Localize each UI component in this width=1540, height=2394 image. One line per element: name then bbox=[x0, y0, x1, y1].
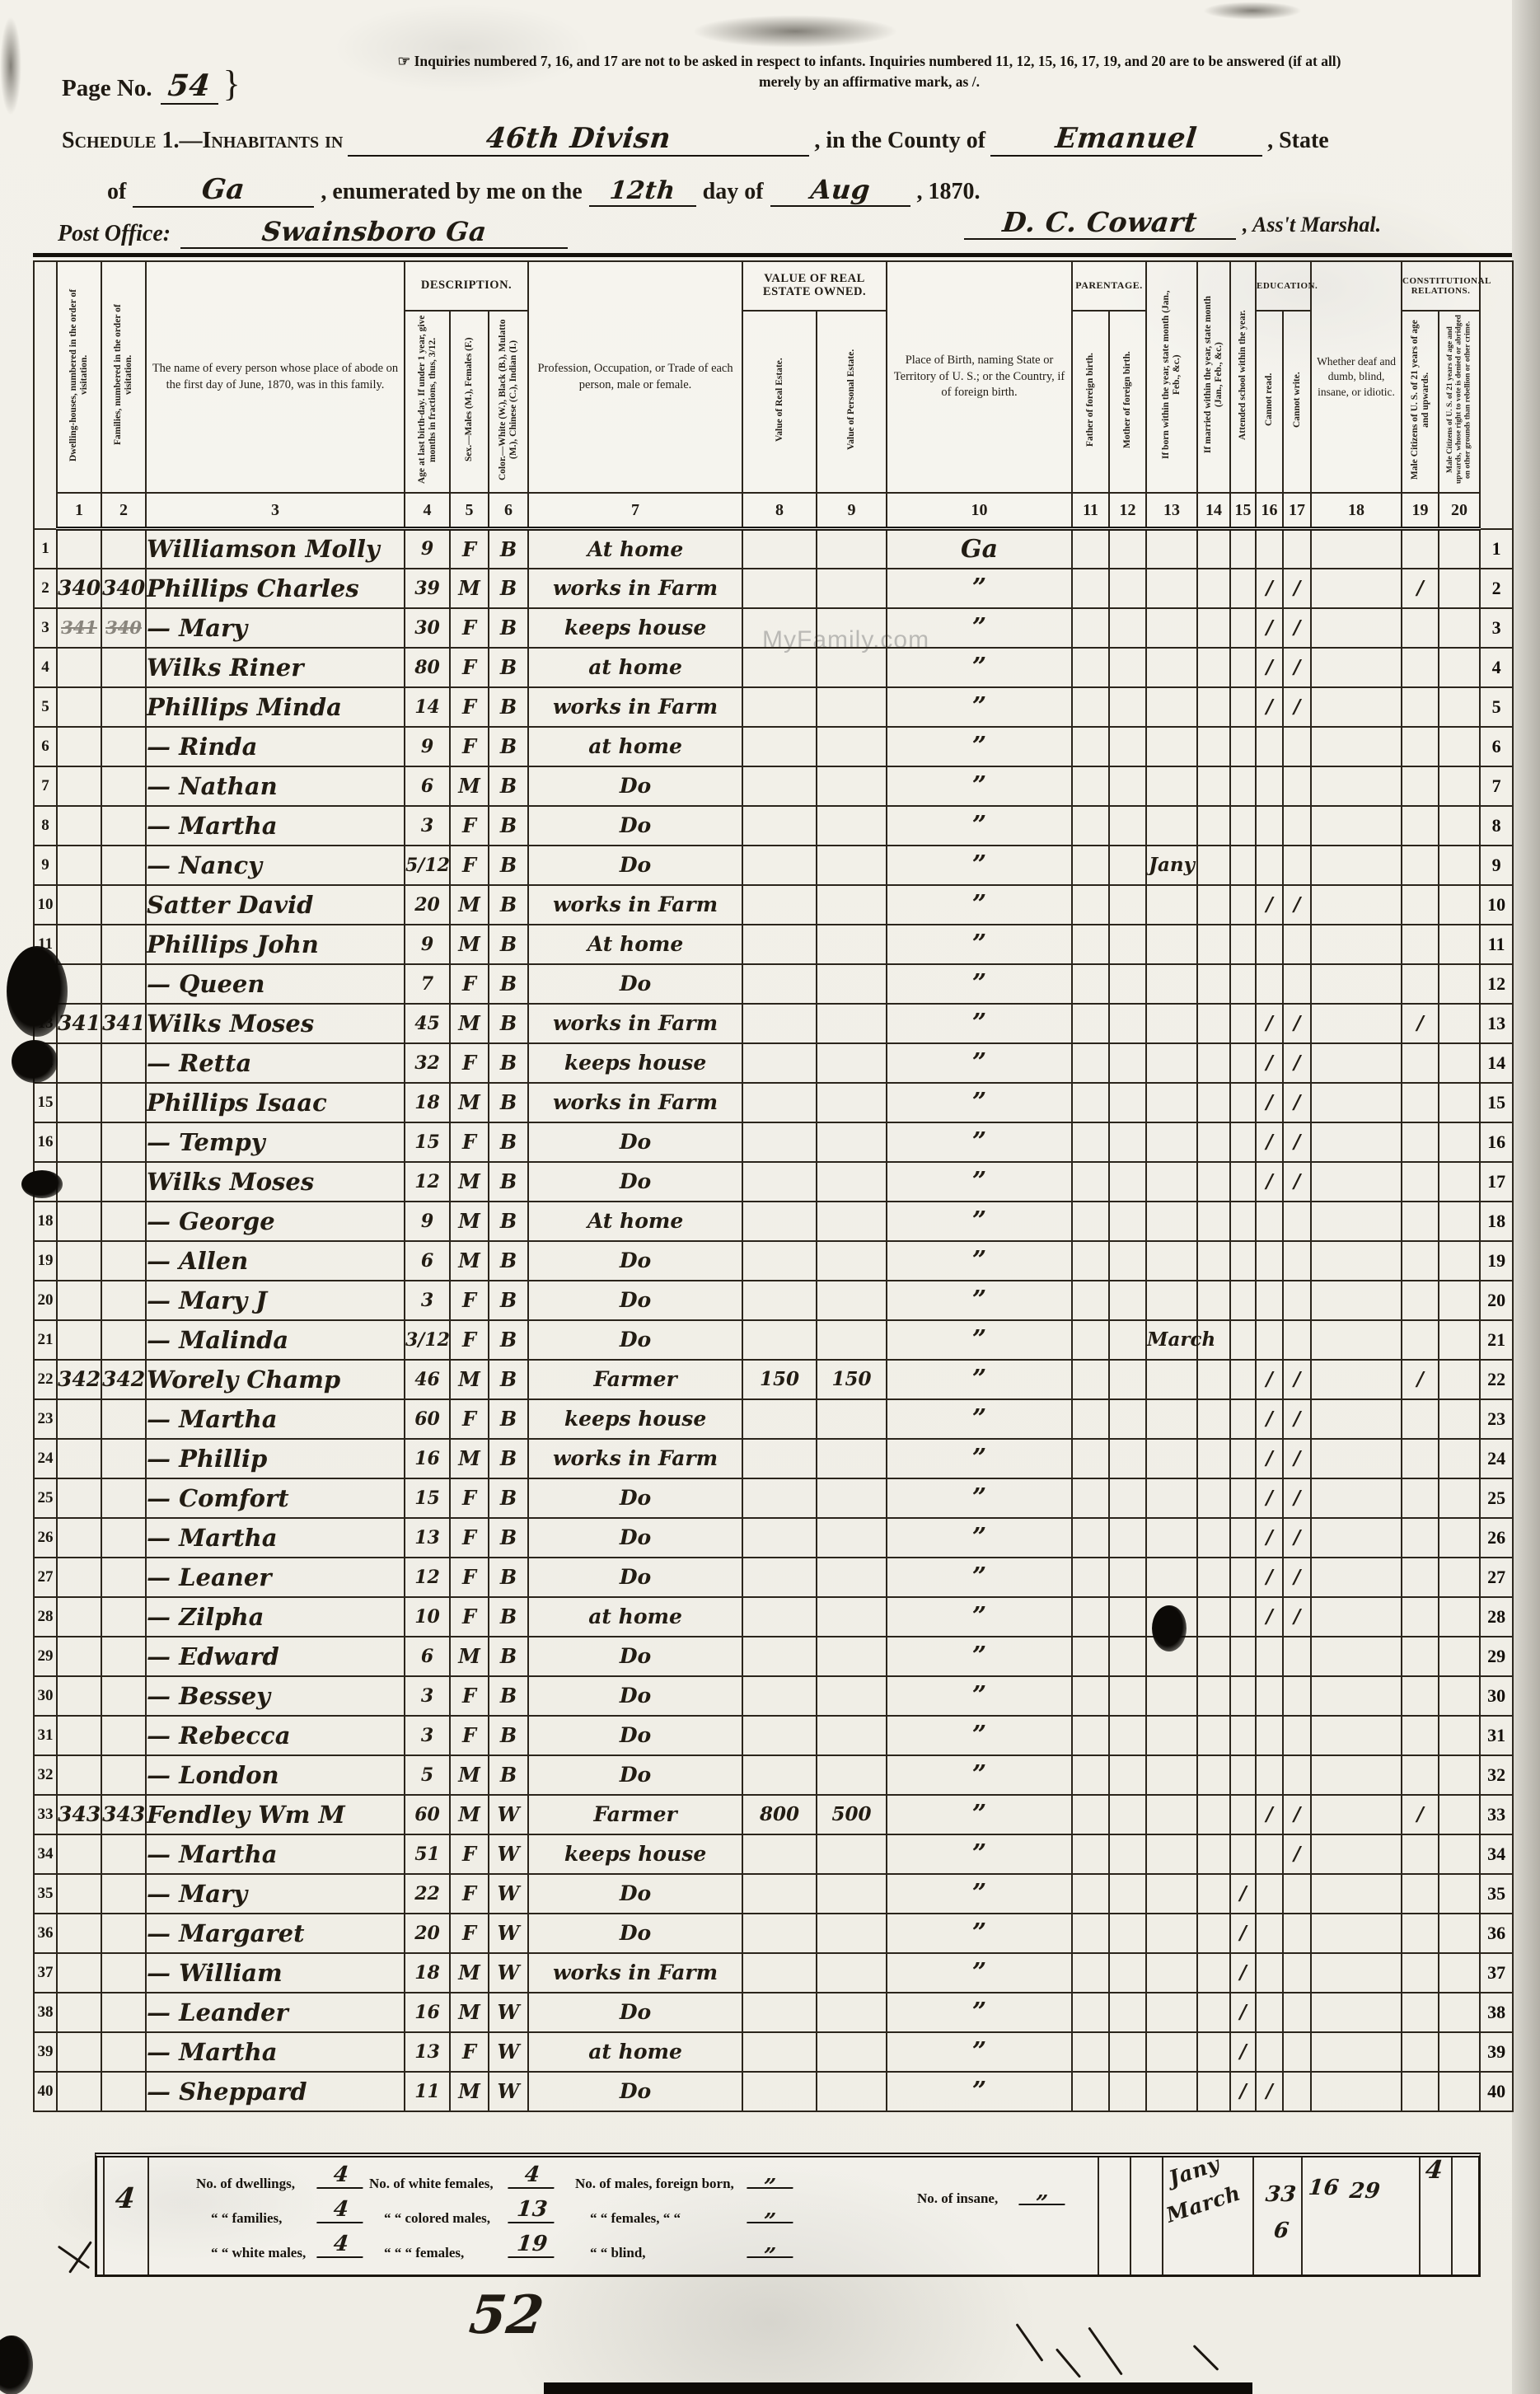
row-11-occ: At home bbox=[528, 925, 742, 964]
row-23-c14 bbox=[1197, 1399, 1230, 1439]
row-40-c18 bbox=[1311, 2072, 1402, 2111]
row-13-pers bbox=[817, 1004, 887, 1043]
row-35-occ: Do bbox=[528, 1874, 742, 1914]
row-6-c11 bbox=[1072, 727, 1109, 766]
row-31-c20 bbox=[1439, 1716, 1480, 1755]
row-21-c11 bbox=[1072, 1320, 1109, 1360]
row-1-c15 bbox=[1230, 529, 1256, 569]
row-19-pob: ” bbox=[887, 1241, 1072, 1281]
marshal-name: D. C. Cowart bbox=[1001, 206, 1199, 238]
row-23-occ: keeps house bbox=[528, 1399, 742, 1439]
of-label: of bbox=[107, 179, 126, 205]
row-24-name: — Phillip bbox=[146, 1439, 405, 1478]
row-20-c11 bbox=[1072, 1281, 1109, 1320]
row-36-age: 20 bbox=[405, 1914, 450, 1953]
row-3-age: 30 bbox=[405, 608, 450, 648]
row-37-c20 bbox=[1439, 1953, 1480, 1993]
row-20-pers bbox=[817, 1281, 887, 1320]
row-35-lnr: 35 bbox=[1480, 1874, 1513, 1914]
schedule-line: Schedule 1.—Inhabitants in 46th Divisn ,… bbox=[62, 122, 1329, 157]
row-6-real bbox=[742, 727, 817, 766]
summary-divider bbox=[1098, 2157, 1099, 2275]
row-12-c18 bbox=[1311, 964, 1402, 1004]
row-29-c20 bbox=[1439, 1637, 1480, 1676]
row-37-fam bbox=[101, 1953, 146, 1993]
row-1-occ: At home bbox=[528, 529, 742, 569]
row-31-fam bbox=[101, 1716, 146, 1755]
row-18-lnl: 18 bbox=[34, 1202, 57, 1241]
row-26-real bbox=[742, 1518, 817, 1558]
row-12-c12 bbox=[1109, 964, 1146, 1004]
row-30-c14 bbox=[1197, 1676, 1230, 1716]
row-10-c12 bbox=[1109, 885, 1146, 925]
row-11-col: B bbox=[489, 925, 528, 964]
row-24-lnr: 24 bbox=[1480, 1439, 1513, 1478]
row-5-pers bbox=[817, 687, 887, 727]
row-39-real bbox=[742, 2032, 817, 2072]
row-10-pers bbox=[817, 885, 887, 925]
row-39-sex: F bbox=[450, 2032, 489, 2072]
row-23-c12 bbox=[1109, 1399, 1146, 1439]
row-25-real bbox=[742, 1478, 817, 1518]
row-18-c11 bbox=[1072, 1202, 1109, 1241]
row-4-age: 80 bbox=[405, 648, 450, 687]
row-33-c14 bbox=[1197, 1795, 1230, 1834]
row-31-sex: F bbox=[450, 1716, 489, 1755]
row-12-sex: F bbox=[450, 964, 489, 1004]
row-21-fam bbox=[101, 1320, 146, 1360]
row-8-c14 bbox=[1197, 806, 1230, 846]
row-35-c12 bbox=[1109, 1874, 1146, 1914]
row-28-c19 bbox=[1402, 1597, 1439, 1637]
row-18-dw bbox=[57, 1202, 101, 1241]
row-20-c12 bbox=[1109, 1281, 1146, 1320]
marshal-label: , Ass't Marshal. bbox=[1243, 213, 1381, 237]
row-19-c11 bbox=[1072, 1241, 1109, 1281]
row-19-dw bbox=[57, 1241, 101, 1281]
row-12-c14 bbox=[1197, 964, 1230, 1004]
row-26-c15 bbox=[1230, 1518, 1256, 1558]
row-33-c11 bbox=[1072, 1795, 1109, 1834]
row-21-pers bbox=[817, 1320, 887, 1360]
row-10-real bbox=[742, 885, 817, 925]
row-31-pob: ” bbox=[887, 1716, 1072, 1755]
col4-header: Age at last birth-day. If under 1 year, … bbox=[405, 311, 450, 493]
row-38-pers bbox=[817, 1993, 887, 2032]
row-35-pob: ” bbox=[887, 1874, 1072, 1914]
row-12-c17 bbox=[1283, 964, 1311, 1004]
row-18-name: — George bbox=[146, 1202, 405, 1241]
summary-divider bbox=[1301, 2157, 1303, 2275]
col16-header: Cannot read. bbox=[1256, 311, 1283, 493]
row-8-occ: Do bbox=[528, 806, 742, 846]
row-3-c20 bbox=[1439, 608, 1480, 648]
sum-colored-males-label: “ “ colored males, bbox=[384, 2210, 490, 2227]
row-1-col: B bbox=[489, 529, 528, 569]
col2-header: Families, numbered in the order of visit… bbox=[101, 261, 146, 493]
summary-divider bbox=[1451, 2157, 1453, 2275]
row-7-c18 bbox=[1311, 766, 1402, 806]
row-27-c14 bbox=[1197, 1558, 1230, 1597]
row-29-fam bbox=[101, 1637, 146, 1676]
education-group-header: EDUCATION. bbox=[1256, 261, 1311, 311]
month-value: Aug bbox=[809, 174, 872, 205]
row-36-col: W bbox=[489, 1914, 528, 1953]
row-33-c12 bbox=[1109, 1795, 1146, 1834]
row-7-c20 bbox=[1439, 766, 1480, 806]
row-6-c17 bbox=[1283, 727, 1311, 766]
row-22-pob: ” bbox=[887, 1360, 1072, 1399]
summary-divider bbox=[1252, 2157, 1254, 2275]
col17-header: Cannot write. bbox=[1283, 311, 1311, 493]
row-33-pob: ” bbox=[887, 1795, 1072, 1834]
row-10-lnl: 10 bbox=[34, 885, 57, 925]
row-3-real bbox=[742, 608, 817, 648]
row-31-c13 bbox=[1146, 1716, 1197, 1755]
row-36-c13 bbox=[1146, 1914, 1197, 1953]
table-row: 2 340 340 Phillips Charles 39 M B works … bbox=[34, 569, 1513, 608]
row-14-c20 bbox=[1439, 1043, 1480, 1083]
row-7-lnr: 7 bbox=[1480, 766, 1513, 806]
row-4-occ: at home bbox=[528, 648, 742, 687]
row-12-c20 bbox=[1439, 964, 1480, 1004]
row-8-c19 bbox=[1402, 806, 1439, 846]
row-23-c19 bbox=[1402, 1399, 1439, 1439]
row-22-name: Worely Champ bbox=[146, 1360, 405, 1399]
row-9-c14 bbox=[1197, 846, 1230, 885]
row-13-name: Wilks Moses bbox=[146, 1004, 405, 1043]
row-34-c15 bbox=[1230, 1834, 1256, 1874]
row-21-col: B bbox=[489, 1320, 528, 1360]
row-15-age: 18 bbox=[405, 1083, 450, 1122]
row-23-c15 bbox=[1230, 1399, 1256, 1439]
row-2-pob: ” bbox=[887, 569, 1072, 608]
summary-divider bbox=[1162, 2157, 1163, 2275]
table-row: 6 — Rinda 9 F B at home ” 6 bbox=[34, 727, 1513, 766]
row-24-lnl: 24 bbox=[34, 1439, 57, 1478]
row-33-name: Fendley Wm M bbox=[146, 1795, 405, 1834]
row-27-fam bbox=[101, 1558, 146, 1597]
row-6-pers bbox=[817, 727, 887, 766]
row-4-pob: ” bbox=[887, 648, 1072, 687]
row-15-c11 bbox=[1072, 1083, 1109, 1122]
row-4-c18 bbox=[1311, 648, 1402, 687]
row-34-c13 bbox=[1146, 1834, 1197, 1874]
row-18-c12 bbox=[1109, 1202, 1146, 1241]
sum-foreign-females-label: “ “ females, “ “ bbox=[590, 2210, 681, 2227]
row-37-c17 bbox=[1283, 1953, 1311, 1993]
row-24-pers bbox=[817, 1439, 887, 1478]
row-38-age: 16 bbox=[405, 1993, 450, 2032]
row-40-occ: Do bbox=[528, 2072, 742, 2111]
row-29-pob: ” bbox=[887, 1637, 1072, 1676]
row-40-real bbox=[742, 2072, 817, 2111]
row-40-c19 bbox=[1402, 2072, 1439, 2111]
row-16-pob: ” bbox=[887, 1122, 1072, 1162]
row-8-lnl: 8 bbox=[34, 806, 57, 846]
sum-hw-29: 29 bbox=[1348, 2179, 1381, 2204]
row-30-c16 bbox=[1256, 1676, 1283, 1716]
row-9-name: — Nancy bbox=[146, 846, 405, 885]
row-25-occ: Do bbox=[528, 1478, 742, 1518]
row-34-dw bbox=[57, 1834, 101, 1874]
row-8-sex: F bbox=[450, 806, 489, 846]
row-34-lnr: 34 bbox=[1480, 1834, 1513, 1874]
row-37-name: — William bbox=[146, 1953, 405, 1993]
row-36-c18 bbox=[1311, 1914, 1402, 1953]
row-12-pob: ” bbox=[887, 964, 1072, 1004]
row-36-c15: / bbox=[1230, 1914, 1256, 1953]
row-14-c19 bbox=[1402, 1043, 1439, 1083]
row-24-c20 bbox=[1439, 1439, 1480, 1478]
row-21-c12 bbox=[1109, 1320, 1146, 1360]
row-26-lnl: 26 bbox=[34, 1518, 57, 1558]
row-33-occ: Farmer bbox=[528, 1795, 742, 1834]
row-13-c15 bbox=[1230, 1004, 1256, 1043]
row-6-c12 bbox=[1109, 727, 1146, 766]
row-18-c16 bbox=[1256, 1202, 1283, 1241]
row-7-pers bbox=[817, 766, 887, 806]
row-6-c18 bbox=[1311, 727, 1402, 766]
row-34-c16 bbox=[1256, 1834, 1283, 1874]
row-30-c17 bbox=[1283, 1676, 1311, 1716]
table-row: 34 — Martha 51 F W keeps house ” / 34 bbox=[34, 1834, 1513, 1874]
row-15-occ: works in Farm bbox=[528, 1083, 742, 1122]
row-30-lnr: 30 bbox=[1480, 1676, 1513, 1716]
row-18-fam bbox=[101, 1202, 146, 1241]
row-10-c16: / bbox=[1256, 885, 1283, 925]
row-18-c17 bbox=[1283, 1202, 1311, 1241]
row-17-pob: ” bbox=[887, 1162, 1072, 1202]
row-38-c11 bbox=[1072, 1993, 1109, 2032]
row-30-c11 bbox=[1072, 1676, 1109, 1716]
row-13-age: 45 bbox=[405, 1004, 450, 1043]
row-7-c19 bbox=[1402, 766, 1439, 806]
row-10-name: Satter David bbox=[146, 885, 405, 925]
row-11-fam bbox=[101, 925, 146, 964]
notice-line2: merely by an affirmative mark, as /. bbox=[759, 73, 980, 90]
row-28-lnr: 28 bbox=[1480, 1597, 1513, 1637]
row-2-dw: 340 bbox=[57, 569, 101, 608]
col12-header: Mother of foreign birth. bbox=[1109, 311, 1146, 493]
row-26-fam bbox=[101, 1518, 146, 1558]
row-17-occ: Do bbox=[528, 1162, 742, 1202]
row-10-col: B bbox=[489, 885, 528, 925]
row-29-c18 bbox=[1311, 1637, 1402, 1676]
row-28-c20 bbox=[1439, 1597, 1480, 1637]
row-9-fam bbox=[101, 846, 146, 885]
row-1-sex: F bbox=[450, 529, 489, 569]
sum-foreign-males-label: No. of males, foreign born, bbox=[575, 2176, 734, 2192]
row-14-col: B bbox=[489, 1043, 528, 1083]
row-25-fam bbox=[101, 1478, 146, 1518]
row-31-c11 bbox=[1072, 1716, 1109, 1755]
row-38-c19 bbox=[1402, 1993, 1439, 2032]
row-20-sex: F bbox=[450, 1281, 489, 1320]
row-39-pers bbox=[817, 2032, 887, 2072]
row-32-c13 bbox=[1146, 1755, 1197, 1795]
row-5-col: B bbox=[489, 687, 528, 727]
row-11-c15 bbox=[1230, 925, 1256, 964]
row-39-c12 bbox=[1109, 2032, 1146, 2072]
row-11-c18 bbox=[1311, 925, 1402, 964]
row-29-c15 bbox=[1230, 1637, 1256, 1676]
row-14-name: — Retta bbox=[146, 1043, 405, 1083]
row-27-age: 12 bbox=[405, 1558, 450, 1597]
row-26-pers bbox=[817, 1518, 887, 1558]
scan-bottom-bar bbox=[544, 2382, 1252, 2394]
row-4-pers bbox=[817, 648, 887, 687]
row-11-c17 bbox=[1283, 925, 1311, 964]
row-33-real: 800 bbox=[742, 1795, 817, 1834]
row-27-c19 bbox=[1402, 1558, 1439, 1597]
row-29-dw bbox=[57, 1637, 101, 1676]
row-32-dw bbox=[57, 1755, 101, 1795]
row-27-name: — Leaner bbox=[146, 1558, 405, 1597]
row-23-pob: ” bbox=[887, 1399, 1072, 1439]
row-36-real bbox=[742, 1914, 817, 1953]
row-30-c12 bbox=[1109, 1676, 1146, 1716]
row-28-pob: ” bbox=[887, 1597, 1072, 1637]
row-25-c15 bbox=[1230, 1478, 1256, 1518]
row-32-col: B bbox=[489, 1755, 528, 1795]
row-13-occ: works in Farm bbox=[528, 1004, 742, 1043]
county-value: Emanuel bbox=[1054, 122, 1199, 155]
row-33-c15 bbox=[1230, 1795, 1256, 1834]
row-22-fam: 342 bbox=[101, 1360, 146, 1399]
row-30-col: B bbox=[489, 1676, 528, 1716]
sum-white-females-label: No. of white females, bbox=[369, 2176, 494, 2192]
row-28-c15 bbox=[1230, 1597, 1256, 1637]
row-26-c19 bbox=[1402, 1518, 1439, 1558]
row-28-col: B bbox=[489, 1597, 528, 1637]
row-10-lnr: 10 bbox=[1480, 885, 1513, 925]
row-2-c20 bbox=[1439, 569, 1480, 608]
row-27-c13 bbox=[1146, 1558, 1197, 1597]
row-5-dw bbox=[57, 687, 101, 727]
table-row: 33 343 343 Fendley Wm M 60 M W Farmer 80… bbox=[34, 1795, 1513, 1834]
row-8-c12 bbox=[1109, 806, 1146, 846]
row-12-c16 bbox=[1256, 964, 1283, 1004]
row-40-c13 bbox=[1146, 2072, 1197, 2111]
row-34-c14 bbox=[1197, 1834, 1230, 1874]
row-36-c19 bbox=[1402, 1914, 1439, 1953]
row-11-c14 bbox=[1197, 925, 1230, 964]
table-row: 21 — Malinda 3/12 F B Do ” March 21 bbox=[34, 1320, 1513, 1360]
row-17-c18 bbox=[1311, 1162, 1402, 1202]
scan-smudge bbox=[1203, 2, 1302, 20]
col1-header: Dwelling-houses, numbered in the order o… bbox=[57, 261, 101, 493]
row-13-c18 bbox=[1311, 1004, 1402, 1043]
row-33-lnl: 33 bbox=[34, 1795, 57, 1834]
row-36-c17 bbox=[1283, 1914, 1311, 1953]
row-18-occ: At home bbox=[528, 1202, 742, 1241]
row-38-fam bbox=[101, 1993, 146, 2032]
row-30-age: 3 bbox=[405, 1676, 450, 1716]
row-12-c19 bbox=[1402, 964, 1439, 1004]
row-10-c11 bbox=[1072, 885, 1109, 925]
schedule-label: Schedule 1.—Inhabitants in bbox=[62, 128, 343, 154]
col6-header: Color.—White (W.), Black (B.), Mulatto (… bbox=[489, 311, 528, 493]
row-18-c13 bbox=[1146, 1202, 1197, 1241]
row-1-c17 bbox=[1283, 529, 1311, 569]
row-39-c14 bbox=[1197, 2032, 1230, 2072]
row-30-c13 bbox=[1146, 1676, 1197, 1716]
census-table: Dwelling-houses, numbered in the order o… bbox=[33, 260, 1514, 2112]
row-11-dw bbox=[57, 925, 101, 964]
row-13-c14 bbox=[1197, 1004, 1230, 1043]
col7-header: Profession, Occupation, or Trade of each… bbox=[528, 261, 742, 493]
row-9-occ: Do bbox=[528, 846, 742, 885]
row-1-dw bbox=[57, 529, 101, 569]
stray-pen-stroke bbox=[1056, 2348, 1081, 2378]
row-10-c17: / bbox=[1283, 885, 1311, 925]
row-32-age: 5 bbox=[405, 1755, 450, 1795]
row-14-occ: keeps house bbox=[528, 1043, 742, 1083]
row-27-c11 bbox=[1072, 1558, 1109, 1597]
row-19-c18 bbox=[1311, 1241, 1402, 1281]
row-20-name: — Mary J bbox=[146, 1281, 405, 1320]
row-27-c16: / bbox=[1256, 1558, 1283, 1597]
summary-divider bbox=[147, 2157, 149, 2275]
table-row: 40 — Sheppard 11 M W Do ” / / 40 bbox=[34, 2072, 1513, 2111]
row-2-c11 bbox=[1072, 569, 1109, 608]
stray-pen-stroke bbox=[1015, 2323, 1043, 2362]
row-4-fam bbox=[101, 648, 146, 687]
row-34-real bbox=[742, 1834, 817, 1874]
row-7-c12 bbox=[1109, 766, 1146, 806]
sum-dwellings-value: 4 bbox=[316, 2162, 365, 2189]
row-12-real bbox=[742, 964, 817, 1004]
row-23-c11 bbox=[1072, 1399, 1109, 1439]
row-30-pob: ” bbox=[887, 1676, 1072, 1716]
row-22-c17: / bbox=[1283, 1360, 1311, 1399]
row-19-col: B bbox=[489, 1241, 528, 1281]
row-14-c11 bbox=[1072, 1043, 1109, 1083]
row-2-sex: M bbox=[450, 569, 489, 608]
row-12-lnr: 12 bbox=[1480, 964, 1513, 1004]
table-row: 10 Satter David 20 M B works in Farm ” /… bbox=[34, 885, 1513, 925]
row-36-c16 bbox=[1256, 1914, 1283, 1953]
row-7-occ: Do bbox=[528, 766, 742, 806]
row-21-c17 bbox=[1283, 1320, 1311, 1360]
row-5-name: Phillips Minda bbox=[146, 687, 405, 727]
census-rows: 1 Williamson Molly 9 F B At home Ga 1 2 … bbox=[34, 529, 1513, 2111]
row-20-c19 bbox=[1402, 1281, 1439, 1320]
row-39-fam bbox=[101, 2032, 146, 2072]
row-10-age: 20 bbox=[405, 885, 450, 925]
row-22-c14 bbox=[1197, 1360, 1230, 1399]
row-8-pob: ” bbox=[887, 806, 1072, 846]
row-4-c14 bbox=[1197, 648, 1230, 687]
row-34-c17: / bbox=[1283, 1834, 1311, 1874]
col13-header: If born within the year, state month (Ja… bbox=[1146, 261, 1197, 493]
sum-white-females-value: 4 bbox=[508, 2162, 556, 2189]
row-18-c19 bbox=[1402, 1202, 1439, 1241]
row-24-c13 bbox=[1146, 1439, 1197, 1478]
row-4-lnl: 4 bbox=[34, 648, 57, 687]
row-1-c14 bbox=[1197, 529, 1230, 569]
row-15-pers bbox=[817, 1083, 887, 1122]
row-13-lnr: 13 bbox=[1480, 1004, 1513, 1043]
row-18-real bbox=[742, 1202, 817, 1241]
row-11-c13 bbox=[1146, 925, 1197, 964]
sum-hw-month-jany: Jany bbox=[1166, 2152, 1223, 2190]
row-16-dw bbox=[57, 1122, 101, 1162]
sum-insane-label: No. of insane, bbox=[917, 2190, 998, 2207]
row-25-c18 bbox=[1311, 1478, 1402, 1518]
row-17-pers bbox=[817, 1162, 887, 1202]
